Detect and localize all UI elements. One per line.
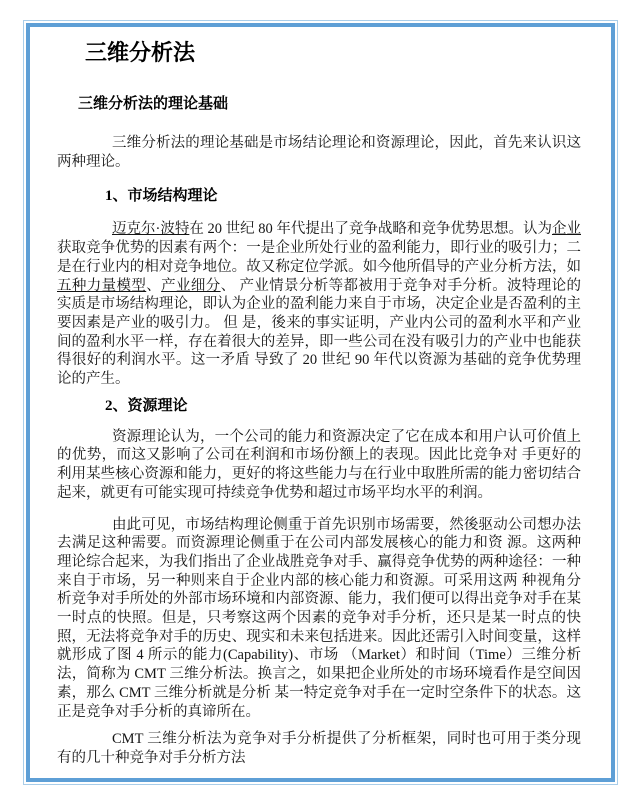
- inline-link[interactable]: 五种力量模型: [57, 278, 146, 294]
- text-run: CMT 三维分析法为竞争对手分析提供了分析框架，同时也可用于类分现有的几十种竞争…: [57, 731, 581, 766]
- subsection-heading: 1、市场结构理论: [105, 187, 581, 205]
- content-area: 三维分析法 三维分析法的理论基础三维分析法的理论基础是市场结论理论和资源理论，因…: [26, 23, 615, 782]
- section-heading: 三维分析法的理论基础: [78, 95, 581, 113]
- page-title: 三维分析法: [85, 39, 581, 67]
- document-body: 三维分析法的理论基础三维分析法的理论基础是市场结论理论和资源理论，因此，首先来认…: [57, 95, 581, 768]
- paragraph: 由此可见，市场结构理论侧重于首先识别市场需要，然後驱动公司想办法去满足这种需要。…: [57, 516, 581, 722]
- text-run: 在 20 世纪 80 年代提出了竞争战略和竞争优势思想。认为: [189, 221, 552, 237]
- text-run: 三维分析法的理论基础是市场结论理论和资源理论，因此，首先来认识这两种理论。: [57, 135, 581, 170]
- paragraph: 资源理论认为，一个公司的能力和资源决定了它在成本和用户认可价值上的优势，而这又影…: [57, 428, 581, 503]
- text-run: 获取竞争优势的因素有两个：一是企业所处行业的盈利能力，即行业的吸引力；二是在行业…: [57, 240, 581, 275]
- inline-link[interactable]: 企业: [552, 221, 581, 237]
- page-border: 三维分析法 三维分析法的理论基础三维分析法的理论基础是市场结论理论和资源理论，因…: [23, 20, 618, 785]
- paragraph: 三维分析法的理论基础是市场结论理论和资源理论，因此，首先来认识这两种理论。: [57, 134, 581, 171]
- text-run: 资源理论认为，一个公司的能力和资源决定了它在成本和用户认可价值上的优势，而这又影…: [57, 429, 581, 501]
- paragraph: CMT 三维分析法为竞争对手分析提供了分析框架，同时也可用于类分现有的几十种竞争…: [57, 730, 581, 767]
- paragraph: 迈克尔·波特在 20 世纪 80 年代提出了竞争战略和竞争优势思想。认为企业获取…: [57, 220, 581, 388]
- subsection-heading: 2、资源理论: [105, 397, 581, 415]
- inline-link[interactable]: 迈克尔·波特: [112, 221, 189, 237]
- inline-link[interactable]: 产业细分: [161, 278, 220, 294]
- text-run: 由此可见，市场结构理论侧重于首先识别市场需要，然後驱动公司想办法去满足这种需要。…: [57, 517, 581, 720]
- text-run: 、: [146, 278, 161, 294]
